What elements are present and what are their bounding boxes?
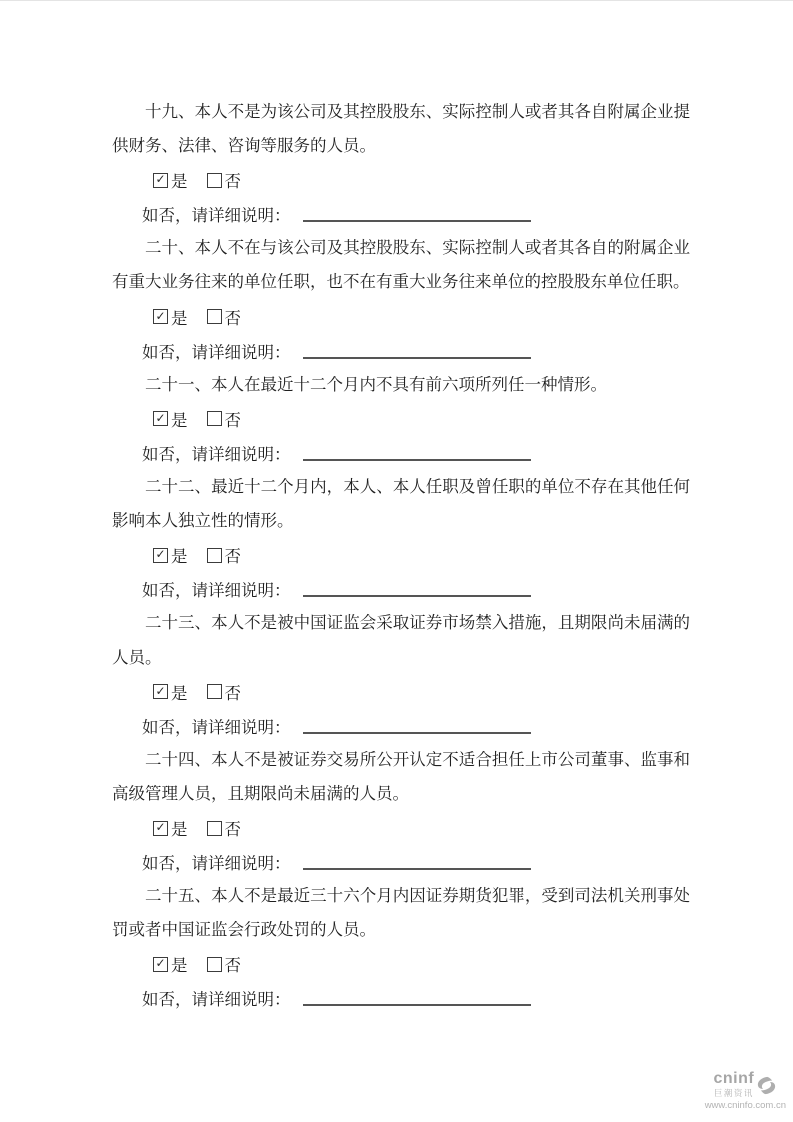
declaration-item: 二十、本人不在与该公司及其控股股东、实际控制人或者其各自的附属企业有重大业务往来… [112,231,690,367]
no-label: 否 [225,543,242,567]
yes-checkbox[interactable]: ✓ [153,821,168,836]
note-blank-line[interactable] [303,595,531,597]
no-checkbox[interactable] [207,411,222,426]
no-label: 否 [225,816,242,840]
no-checkbox[interactable] [207,309,222,324]
declaration-item: 十九、本人不是为该公司及其控股股东、实际控制人或者其各自附属企业提供财务、法律、… [112,95,690,231]
yes-label: 是 [171,680,188,704]
note-row: 如否，请详细说明： [112,436,690,470]
declaration-item: 二十一、本人在最近十二个月内不具有前六项所列任一种情形。 ✓ 是 否 如否，请详… [112,368,690,470]
checkbox-row: ✓ 是 否 [112,675,690,709]
no-checkbox[interactable] [207,173,222,188]
yes-checkbox[interactable]: ✓ [153,957,168,972]
no-label: 否 [225,168,242,192]
note-row: 如否，请详细说明： [112,709,690,743]
yes-checkbox[interactable]: ✓ [153,548,168,563]
check-mark-icon: ✓ [155,685,165,697]
yes-label: 是 [171,952,188,976]
checkbox-row: ✓ 是 否 [112,163,690,197]
note-blank-line[interactable] [303,459,531,461]
no-label: 否 [225,407,242,431]
yes-label: 是 [171,407,188,431]
yes-label: 是 [171,543,188,567]
note-row: 如否，请详细说明： [112,197,690,231]
note-label: 如否，请详细说明： [142,986,291,1010]
no-label: 否 [225,680,242,704]
check-mark-icon: ✓ [155,548,165,560]
checkbox-row: ✓ 是 否 [112,300,690,334]
item-paragraph: 二十、本人不在与该公司及其控股股东、实际控制人或者其各自的附属企业有重大业务往来… [112,231,690,299]
note-label: 如否，请详细说明： [142,577,291,601]
note-blank-line[interactable] [303,1004,531,1006]
cninfo-logo-top: cninf 巨潮资讯 [713,1071,777,1098]
note-label: 如否，请详细说明： [142,339,291,363]
check-mark-icon: ✓ [155,821,165,833]
note-blank-line[interactable] [303,357,531,359]
check-mark-icon: ✓ [155,412,165,424]
no-label: 否 [225,952,242,976]
note-row: 如否，请详细说明： [112,981,690,1015]
yes-checkbox[interactable]: ✓ [153,411,168,426]
checkbox-row: ✓ 是 否 [112,538,690,572]
note-label: 如否，请详细说明： [142,850,291,874]
items-container: 十九、本人不是为该公司及其控股股东、实际控制人或者其各自附属企业提供财务、法律、… [112,95,690,1016]
declaration-item: 二十五、本人不是最近三十六个月内因证券期货犯罪，受到司法机关刑事处罚或者中国证监… [112,879,690,1015]
no-checkbox[interactable] [207,957,222,972]
note-blank-line[interactable] [303,220,531,222]
cninfo-logo-text: cninf 巨潮资讯 [713,1071,754,1098]
declaration-item: 二十三、本人不是被中国证监会采取证券市场禁入措施，且期限尚未届满的人员。 ✓ 是… [112,606,690,742]
yes-checkbox[interactable]: ✓ [153,684,168,699]
note-row: 如否，请详细说明： [112,334,690,368]
no-label: 否 [225,305,242,329]
cninfo-brand-text: cninf [713,1071,754,1087]
yes-label: 是 [171,305,188,329]
note-row: 如否，请详细说明： [112,845,690,879]
cninfo-brand-chinese: 巨潮资讯 [714,1088,754,1098]
cninfo-swirl-icon [756,1076,777,1095]
no-checkbox[interactable] [207,684,222,699]
check-mark-icon: ✓ [155,957,165,969]
no-checkbox[interactable] [207,548,222,563]
item-paragraph: 二十一、本人在最近十二个月内不具有前六项所列任一种情形。 [112,368,690,402]
declaration-item: 二十四、本人不是被证券交易所公开认定不适合担任上市公司董事、监事和高级管理人员，… [112,743,690,879]
document-page: 十九、本人不是为该公司及其控股股东、实际控制人或者其各自附属企业提供财务、法律、… [0,0,793,1122]
yes-checkbox[interactable]: ✓ [153,173,168,188]
note-label: 如否，请详细说明： [142,714,291,738]
note-label: 如否，请详细说明： [142,441,291,465]
checkbox-row: ✓ 是 否 [112,811,690,845]
note-blank-line[interactable] [303,732,531,734]
note-blank-line[interactable] [303,868,531,870]
note-row: 如否，请详细说明： [112,572,690,606]
check-mark-icon: ✓ [155,173,165,185]
checkbox-row: ✓ 是 否 [112,402,690,436]
item-paragraph: 二十五、本人不是最近三十六个月内因证券期货犯罪，受到司法机关刑事处罚或者中国证监… [112,879,690,947]
declaration-item: 二十二、最近十二个月内，本人、本人任职及曾任职的单位不存在其他任何影响本人独立性… [112,470,690,606]
checkbox-row: ✓ 是 否 [112,947,690,981]
item-paragraph: 二十四、本人不是被证券交易所公开认定不适合担任上市公司董事、监事和高级管理人员，… [112,743,690,811]
item-paragraph: 十九、本人不是为该公司及其控股股东、实际控制人或者其各自附属企业提供财务、法律、… [112,95,690,163]
cninfo-url-text: www.cninfo.com.cn [705,1100,786,1111]
no-checkbox[interactable] [207,821,222,836]
check-mark-icon: ✓ [155,310,165,322]
yes-label: 是 [171,168,188,192]
item-paragraph: 二十二、最近十二个月内，本人、本人任职及曾任职的单位不存在其他任何影响本人独立性… [112,470,690,538]
cninfo-logo: cninf 巨潮资讯 www.cninfo.com.cn [705,1071,786,1111]
yes-checkbox[interactable]: ✓ [153,309,168,324]
note-label: 如否，请详细说明： [142,202,291,226]
item-paragraph: 二十三、本人不是被中国证监会采取证券市场禁入措施，且期限尚未届满的人员。 [112,606,690,674]
yes-label: 是 [171,816,188,840]
